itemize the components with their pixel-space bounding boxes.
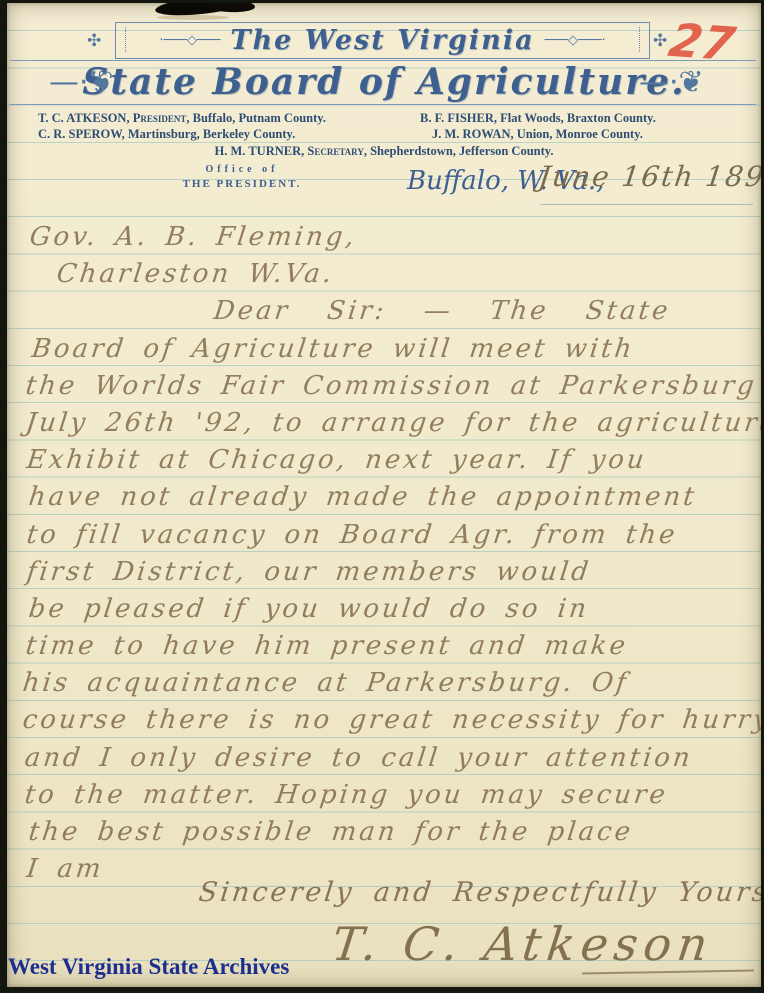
cross-ornament-icon: ✣ — [87, 31, 101, 51]
officer-location: Shepherdstown, Jefferson County. — [370, 144, 553, 158]
archive-stamp: West Virginia State Archives — [8, 954, 289, 980]
letter-line: Dear Sir: — The State — [212, 296, 672, 326]
letter-line: Charleston W.Va. — [55, 259, 336, 289]
letter-line: first District, our members would — [25, 557, 593, 587]
letter-line: the Worlds Fair Commission at Parkersbur… — [24, 371, 759, 401]
handwritten-date: June 16th 1892 — [537, 160, 761, 193]
flourish-left-icon: ·───◇─── — [159, 33, 220, 48]
officer-entry: B. F. FISHER, Flat Woods, Braxton County… — [420, 111, 656, 126]
letterhead-main-title: State Board of Agriculture. — [82, 61, 685, 103]
officer-location: Martinsburg, Berkeley County. — [128, 127, 295, 141]
page-number: 27 — [664, 13, 739, 71]
officer-name: C. R. SPEROW, — [38, 127, 128, 141]
officer-entry: J. M. ROWAN, Union, Monroe County. — [432, 127, 643, 142]
letter-line: have not already made the appointment — [27, 482, 699, 512]
officer-entry: H. M. TURNER, Secretary, Shepherdstown, … — [7, 144, 761, 159]
printed-rule — [10, 104, 756, 105]
officer-name: H. M. TURNER, — [215, 144, 308, 158]
officer-title: President, — [133, 111, 193, 125]
letter-line: course there is no great necessity for h… — [21, 705, 761, 735]
letter-line: be pleased if you would do so in — [27, 594, 591, 624]
signature: T. C. Atkeson — [329, 917, 717, 971]
letter-scan-paper: 27 ·───◇─── The West Virginia ───◇───· ✣… — [7, 3, 761, 987]
letter-line: and I only desire to call your attention — [23, 743, 695, 773]
letter-line: the best possible man for the place — [27, 817, 635, 847]
officer-name: B. F. FISHER, — [420, 111, 500, 125]
flourish-right-icon: ───◇───· — [545, 33, 606, 48]
letter-line: I am — [25, 854, 105, 884]
officer-name: J. M. ROWAN, — [432, 127, 517, 141]
ink-smudge — [157, 15, 229, 20]
printed-date-rule — [540, 204, 753, 205]
letter-line: his acquaintance at Parkersburg. Of — [21, 668, 631, 698]
office-of-block: Office of THE PRESIDENT. — [167, 164, 317, 190]
scroll-ornament-icon: —·❦ — [639, 65, 704, 100]
letter-line: to the matter. Hoping you may secure — [23, 780, 670, 810]
letter-line: to fill vacancy on Board Agr. from the — [25, 520, 679, 550]
officer-entry: C. R. SPEROW, Martinsburg, Berkeley Coun… — [38, 127, 295, 142]
letterhead-top-banner: ·───◇─── The West Virginia ───◇───· — [115, 22, 650, 59]
letter-line: Gov. A. B. Fleming, — [28, 222, 359, 252]
letter-closing: Sincerely and Respectfully Yours — [197, 877, 761, 908]
letter-line: Board of Agriculture will meet with — [30, 334, 636, 364]
scroll-ornament-icon: ❦·— — [49, 65, 114, 100]
letterhead-top-title: The West Virginia — [230, 25, 534, 56]
office-of-line: Office of — [167, 164, 317, 175]
letter-line: time to have him present and make — [24, 631, 630, 661]
officer-location: Buffalo, Putnam County. — [193, 111, 326, 125]
officer-name: T. C. ATKESON, — [38, 111, 133, 125]
officer-location: Flat Woods, Braxton County. — [500, 111, 656, 125]
officer-entry: T. C. ATKESON, President, Buffalo, Putna… — [38, 111, 326, 126]
office-title-line: THE PRESIDENT. — [167, 178, 317, 190]
letter-line: July 26th '92, to arrange for the agricu… — [24, 408, 761, 438]
officer-title: Secretary, — [307, 144, 370, 158]
cross-ornament-icon: ✣ — [653, 31, 667, 51]
letter-line: Exhibit at Chicago, next year. If you — [25, 445, 649, 475]
officer-location: Union, Monroe County. — [517, 127, 643, 141]
